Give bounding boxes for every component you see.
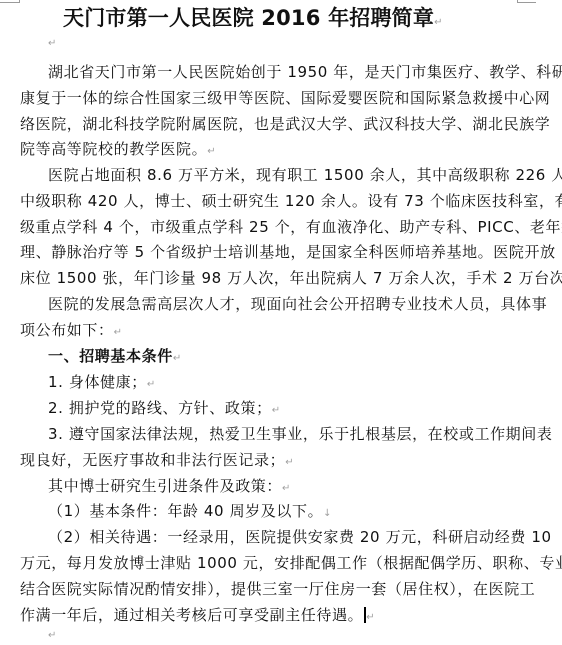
paragraph-mark: ↵: [173, 353, 182, 364]
margin-corner-top-right: [517, 2, 536, 3]
paragraph-mark: ↵: [147, 379, 156, 390]
line-text: 一、招聘基本条件: [48, 347, 173, 365]
line-text: 2. 拥护党的路线、方针、政策；: [48, 399, 272, 417]
text-line[interactable]: 其中博士研究生引进条件及政策：↵: [48, 475, 291, 496]
text-line[interactable]: 万元，每月发放博士津贴 1000 元，安排配偶工作（根据配偶学历、职称、专业、: [20, 552, 562, 573]
empty-paragraph-mark-end: ↵: [48, 630, 56, 641]
text-line[interactable]: 湖北省天门市第一人民医院始创于 1950 年，是天门市集医疗、教学、科研、: [48, 61, 562, 82]
section-heading[interactable]: 一、招聘基本条件↵: [48, 345, 182, 366]
text-line[interactable]: 3. 遵守国家法律法规，热爱卫生事业，乐于扎根基层，在校或工作期间表: [48, 423, 552, 444]
line-text: 3. 遵守国家法律法规，热爱卫生事业，乐于扎根基层，在校或工作期间表: [48, 425, 552, 443]
line-text: 湖北省天门市第一人民医院始创于 1950 年，是天门市集医疗、教学、科研、: [48, 63, 562, 81]
title-text: 天门市第一人民医院 2016 年招聘简章: [63, 6, 434, 30]
paragraph-mark: ↵: [285, 457, 294, 468]
text-line[interactable]: 康复于一体的综合性国家三级甲等医院、国际爱婴医院和国际紧急救援中心网: [20, 87, 550, 108]
line-text: 作满一年后，通过相关考核后可享受副主任待遇。: [20, 606, 363, 624]
paragraph-mark: ↵: [282, 483, 291, 494]
text-line[interactable]: 结合医院实际情况酌情安排），提供三室一厅住房一套（居住权），在医院工: [20, 578, 535, 599]
document-title[interactable]: 天门市第一人民医院 2016 年招聘简章↵: [63, 2, 443, 32]
text-line[interactable]: 医院的发展急需高层次人才，现面向社会公开招聘专业技术人员，具体事: [48, 293, 547, 314]
line-text: 万元，每月发放博士津贴 1000 元，安排配偶工作（根据配偶学历、职称、专业、: [20, 554, 562, 572]
text-line[interactable]: 作满一年后，通过相关考核后可享受副主任待遇。↵: [20, 604, 375, 625]
line-text: 床位 1500 张，年门诊量 98 万人次，年出院病人 7 万余人次，手术 2 …: [20, 269, 562, 287]
line-text: 医院占地面积 8.6 万平方米，现有职工 1500 余人，其中高级职称 226 …: [48, 166, 562, 184]
text-line[interactable]: 床位 1500 张，年门诊量 98 万人次，年出院病人 7 万余人次，手术 2 …: [20, 267, 562, 288]
line-text: 络医院，湖北科技学院附属医院，也是武汉大学、武汉科技大学、湖北民族学: [20, 115, 550, 133]
text-line[interactable]: 理、静脉治疗等 5 个省级护士培训基地，是国家全科医师培养基地。医院开放: [20, 241, 556, 262]
line-text: 结合医院实际情况酌情安排），提供三室一厅住房一套（居住权），在医院工: [20, 580, 535, 598]
margin-corner-top-left: [0, 2, 20, 3]
paragraph-mark: ↵: [366, 612, 375, 623]
text-line[interactable]: 络医院，湖北科技学院附属医院，也是武汉大学、武汉科技大学、湖北民族学: [20, 113, 550, 134]
line-text: 院等高等院校的教学医院。: [20, 140, 207, 158]
text-line[interactable]: （2）相关待遇：一经录用，医院提供安家费 20 万元，科研启动经费 10: [48, 526, 552, 547]
text-line[interactable]: 院等高等院校的教学医院。↵: [20, 138, 216, 159]
paragraph-mark: ↵: [207, 146, 216, 157]
line-text: 康复于一体的综合性国家三级甲等医院、国际爱婴医院和国际紧急救援中心网: [20, 89, 550, 107]
empty-paragraph-mark: ↵: [48, 38, 56, 49]
line-text: 中级职称 420 人，博士、硕士研究生 120 余人。设有 73 个临床医技科室…: [20, 192, 562, 210]
paragraph-mark: ↵: [114, 327, 123, 338]
line-text: （2）相关待遇：一经录用，医院提供安家费 20 万元，科研启动经费 10: [48, 528, 552, 546]
line-text: 项公布如下：: [20, 321, 114, 339]
text-line[interactable]: 中级职称 420 人，博士、硕士研究生 120 余人。设有 73 个临床医技科室…: [20, 190, 562, 211]
line-text: 医院的发展急需高层次人才，现面向社会公开招聘专业技术人员，具体事: [48, 295, 547, 313]
text-line[interactable]: 现良好，无医疗事故和非法行医记录；↵: [20, 449, 294, 470]
paragraph-mark: ↵: [272, 405, 281, 416]
text-line[interactable]: 医院占地面积 8.6 万平方米，现有职工 1500 余人，其中高级职称 226 …: [48, 164, 562, 185]
line-break-mark: ↓: [323, 508, 332, 519]
text-line[interactable]: 1. 身体健康；↵: [48, 371, 156, 392]
line-text: 其中博士研究生引进条件及政策：: [48, 477, 282, 495]
line-text: 理、静脉治疗等 5 个省级护士培训基地，是国家全科医师培养基地。医院开放: [20, 243, 556, 261]
line-text: （1）基本条件：年龄 40 周岁及以下。: [48, 502, 323, 520]
line-text: 级重点学科 4 个，市级重点学科 25 个，有血液净化、助产专科、PICC、老年…: [20, 218, 562, 236]
text-line[interactable]: 级重点学科 4 个，市级重点学科 25 个，有血液净化、助产专科、PICC、老年…: [20, 216, 562, 237]
text-line[interactable]: 项公布如下：↵: [20, 319, 123, 340]
line-text: 现良好，无医疗事故和非法行医记录；: [20, 451, 285, 469]
paragraph-mark: ↵: [434, 17, 443, 28]
text-line[interactable]: （1）基本条件：年龄 40 周岁及以下。↓: [48, 500, 332, 521]
line-text: 1. 身体健康；: [48, 373, 147, 391]
text-line[interactable]: 2. 拥护党的路线、方针、政策；↵: [48, 397, 281, 418]
